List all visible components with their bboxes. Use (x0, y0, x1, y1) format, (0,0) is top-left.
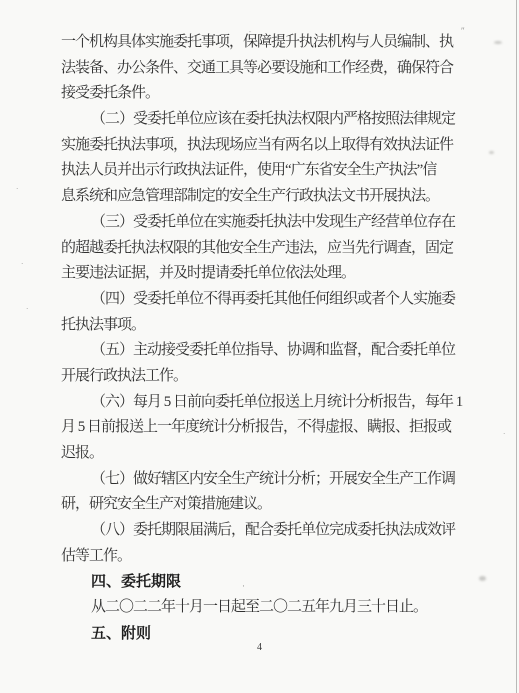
text-line: （二）受委托单位应该在委托执法权限内严格按照法律规定 (61, 107, 465, 133)
scan-speck: · (26, 305, 28, 314)
document-text: 一个机构具体实施委托事项，保障提升执法机构与人员编制、执法装备、办公条件、交通工… (61, 30, 465, 647)
text-line: 一个机构具体实施委托事项，保障提升执法机构与人员编制、执 (61, 30, 465, 56)
document-page: 一个机构具体实施委托事项，保障提升执法机构与人员编制、执法装备、办公条件、交通工… (0, 0, 519, 693)
text-line: 迟报。 (61, 441, 465, 467)
text-line: 的超越委托执法权限的其他安全生产违法，应当先行调查，固定 (61, 236, 465, 262)
text-line: 息系统和应急管理部制定的安全生产行政执法文书开展执法。 (61, 184, 465, 210)
scan-smudge (494, 41, 502, 44)
text-line: 从二〇二二年十月一日起至二〇二五年九月三十日止。 (61, 595, 465, 621)
scan-edge-line (516, 0, 517, 693)
text-line: （六）每月 5 日前向委托单位报送上月统计分析报告，每年 1 (61, 390, 465, 416)
text-line: 月 5 日前报送上一年度统计分析报告，不得虚报、瞒报、拒报或 (61, 415, 465, 441)
text-line: 法装备、办公条件、交通工具等必要设施和工作经费，确保符合 (61, 56, 465, 82)
text-line: （五）主动接受委托单位指导、协调和监督，配合委托单位 (61, 338, 465, 364)
text-line: 托执法事项。 (61, 313, 465, 339)
text-line: （七）做好辖区内安全生产统计分析；开展安全生产工作调 (61, 467, 465, 493)
text-line: 估等工作。 (61, 544, 465, 570)
text-line: 执法人员并出示行政执法证件，使用“广东省安全生产执法”信 (61, 158, 465, 184)
text-line: 开展行政执法工作。 (61, 364, 465, 390)
scan-speck: · (16, 185, 18, 194)
section-heading: 四、委托期限 (61, 569, 465, 595)
text-line: 主要违法证据，并及时提请委托单位依法处理。 (61, 261, 465, 287)
text-line: （四）受委托单位不得再委托其他任何组织或者个人实施委 (61, 287, 465, 313)
text-line: （三）受委托单位在实施委托执法中发现生产经营单位存在 (61, 210, 465, 236)
text-line: 接受委托条件。 (61, 81, 465, 107)
scan-smudge (479, 576, 486, 581)
scan-smudge (489, 151, 494, 154)
scan-speck: · (21, 260, 23, 269)
page-number: 4 (0, 642, 519, 653)
scan-speck: · (503, 430, 505, 439)
text-line: 研，研究安全生产对策措施建议。 (61, 492, 465, 518)
text-line: 实施委托执法事项，执法现场应当有两名以上取得有效执法证件 (61, 133, 465, 159)
text-line: （八）委托期限届满后，配合委托单位完成委托执法成效评 (61, 518, 465, 544)
